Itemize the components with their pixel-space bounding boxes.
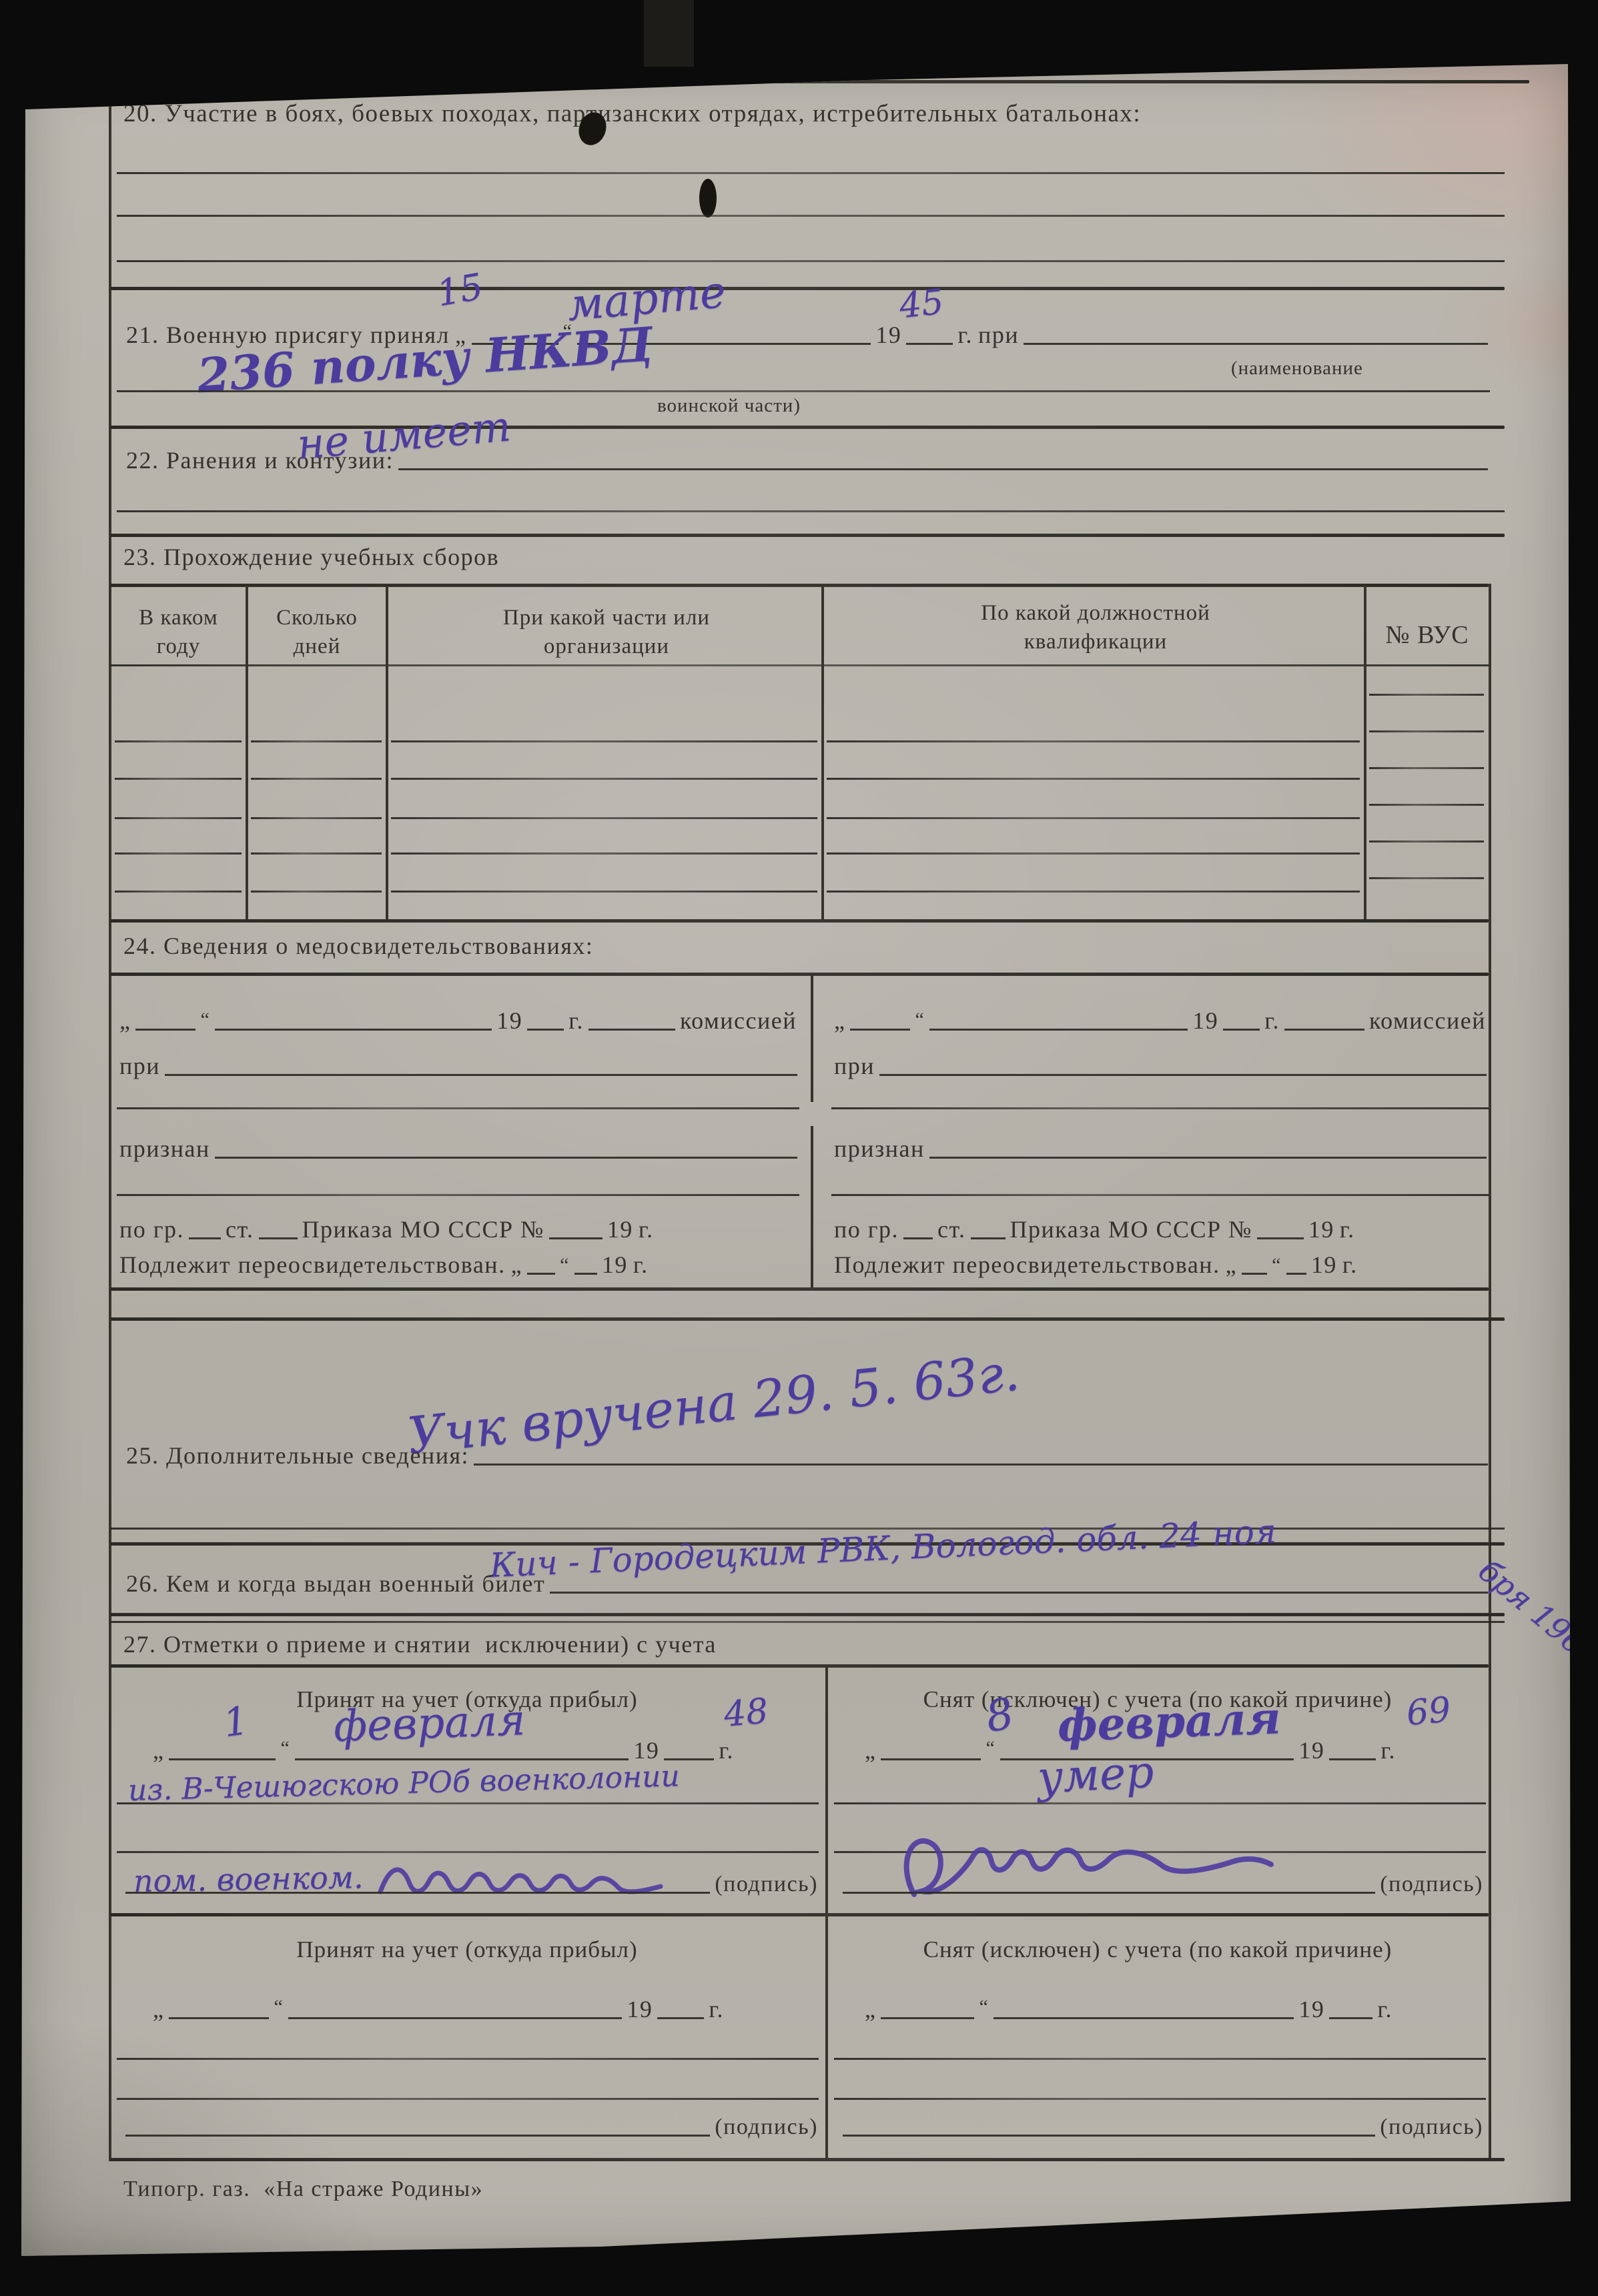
med-pri-line: при: [117, 1046, 799, 1079]
col-header-year: В каком году: [113, 604, 244, 661]
ruled-line: [117, 1802, 819, 1804]
blank: [903, 1231, 933, 1239]
accepted-sign-line: (подпись): [123, 2108, 821, 2140]
blank: [1257, 1231, 1304, 1239]
section-separator: [110, 1317, 1505, 1321]
blank-month: [295, 1752, 629, 1760]
blank: [215, 1150, 797, 1159]
issued-by-line: 26. Кем и когда выдан военный билет: [123, 1562, 1490, 1597]
accepted-date-line: „ “ 19 г.: [150, 1988, 821, 2023]
cell-line: [1369, 877, 1484, 879]
scanner-light-streak: [644, 0, 694, 67]
blank: [215, 1022, 492, 1031]
section-20-title: 20. Участие в боях, боевых походах, парт…: [123, 100, 1498, 129]
blank: [135, 1022, 195, 1031]
year-suffix: г.: [716, 1738, 737, 1764]
open-quote: „: [508, 1252, 525, 1278]
cell-line: [391, 891, 817, 893]
open-quote: „: [117, 1008, 133, 1034]
med-priznan-line: признан: [831, 1129, 1489, 1162]
section-separator: [110, 1613, 1505, 1616]
accepted-month-handwritten: февраля: [333, 1699, 526, 1748]
year-suffix: г.: [1340, 1252, 1360, 1278]
year-19: 19: [1190, 1008, 1221, 1034]
oath-day-handwritten: 15: [434, 268, 486, 312]
cell-line: [251, 740, 382, 742]
blank: [550, 1585, 1488, 1594]
cell-line: [115, 852, 242, 854]
med-reexam-line: Подлежит переосвидетельствован. „ “ 19 г…: [117, 1246, 799, 1278]
table-top-rule: [110, 584, 1489, 587]
cell-line: [1369, 840, 1484, 842]
pri-label: при: [975, 322, 1022, 348]
section-27-title: 27. Отметки о приеме и снятии исключении…: [123, 1631, 717, 1658]
cell-line: [827, 778, 1360, 780]
cell-line: [115, 891, 242, 893]
paper-sheet: 20. Участие в боях, боевых походах, парт…: [19, 61, 1573, 2257]
ruled-line: [834, 1802, 1486, 1804]
year-suffix: г.: [631, 1252, 651, 1278]
podlezhit-label: Подлежит переосвидетельствован.: [117, 1252, 508, 1278]
ruled-line: [117, 390, 1490, 392]
priznan-label: признан: [117, 1136, 213, 1162]
podlezhit-label: Подлежит переосвидетельствован.: [831, 1252, 1223, 1278]
oath-year-handwritten: 45: [897, 285, 945, 324]
col-header-days: Сколько дней: [250, 604, 384, 661]
blank: [929, 1022, 1188, 1031]
removed-year-handwritten: 69: [1405, 1692, 1452, 1731]
scanned-military-id-page: 20. Участие в боях, боевых походах, парт…: [0, 0, 1598, 2296]
section-26-lead: 26. Кем и когда выдан военный билет: [123, 1571, 548, 1597]
blank: [474, 1457, 1488, 1466]
year-suffix: г.: [1337, 1217, 1358, 1243]
blank-month: [993, 2011, 1294, 2019]
table-column-divider: [386, 586, 388, 919]
open-quote: „: [862, 1738, 879, 1764]
form-content: 20. Участие в боях, боевых походах, парт…: [0, 0, 1598, 2296]
cell-line: [1369, 767, 1484, 769]
removed-date-line: „ “ 19 г.: [862, 1988, 1486, 2023]
med-reexam-line: Подлежит переосвидетельствован. „ “ 19 г…: [831, 1246, 1489, 1278]
blank: [259, 1231, 298, 1239]
blank-signature: [125, 2128, 710, 2137]
priznan-label: признан: [831, 1136, 927, 1162]
year-19: 19: [873, 322, 904, 348]
med-order-line: по гр. ст. Приказа МО СССР № 19 г.: [117, 1211, 799, 1243]
st-label: ст.: [223, 1217, 257, 1243]
med-pri-line: при: [831, 1046, 1489, 1079]
sign-caption: (подпись): [712, 1872, 821, 1897]
ruled-line: [834, 2098, 1486, 2100]
form-right-border: [1489, 584, 1491, 2161]
removed-month-handwritten: февраля: [1057, 1696, 1282, 1748]
close-quote: “: [912, 1001, 927, 1039]
med-priznan-line: признан: [117, 1129, 799, 1162]
year-19: 19: [605, 1217, 636, 1243]
ruled-line: [834, 2058, 1486, 2060]
ruled-line: [117, 1107, 799, 1109]
ruled-line: [117, 1194, 799, 1196]
blank: [1223, 1022, 1260, 1031]
prikaz-label: Приказа МО СССР №: [1008, 1217, 1255, 1243]
section-separator: [110, 534, 1505, 537]
name-caption: (наименование: [1231, 358, 1363, 380]
blank: [929, 1150, 1487, 1159]
blank: [165, 1067, 797, 1076]
cell-line: [827, 740, 1360, 742]
table-header-rule: [110, 664, 1489, 666]
cell-line: [115, 778, 242, 780]
section-23-title: 23. Прохождение учебных сборов: [123, 544, 499, 571]
accepted-day-handwritten: 1: [221, 1701, 251, 1743]
year-suffix: г.: [1262, 1008, 1282, 1034]
blank: [1286, 1266, 1306, 1275]
blank: [588, 1022, 675, 1031]
blank: [527, 1266, 555, 1275]
ruled-line: [831, 1194, 1489, 1196]
open-quote: „: [862, 1996, 879, 2023]
st-label: ст.: [935, 1217, 969, 1243]
close-quote: “: [278, 1729, 293, 1767]
med-date-line: „ “ 19 г. комиссией: [117, 1001, 799, 1034]
sign-caption: (подпись): [1377, 2115, 1486, 2140]
blank: [1242, 1266, 1267, 1275]
ruled-line: [117, 172, 1505, 174]
blank: [850, 1022, 910, 1031]
cell-line: [1369, 694, 1484, 696]
cell-line: [827, 891, 1360, 893]
year-19: 19: [1306, 1217, 1337, 1243]
cell-line: [391, 740, 817, 742]
blank-year: [1329, 2011, 1372, 2019]
year-suffix: г.: [1374, 1996, 1395, 2023]
col-header-unit: При какой части или организации: [394, 604, 819, 661]
open-quote: „: [150, 1738, 167, 1764]
blank-signature: [843, 2128, 1375, 2137]
close-quote: “: [197, 1001, 213, 1039]
block-center-divider: [811, 975, 813, 1102]
ruled-line: [110, 1621, 1505, 1623]
blank-day: [169, 2011, 269, 2019]
accepted-from-handwritten: из. В-Чешюгскою РОб военколонии: [128, 1762, 681, 1806]
blank-signature: [843, 1885, 1375, 1894]
table-bottom-rule: [110, 2158, 1505, 2161]
cell-line: [251, 817, 382, 819]
ruled-line: [117, 2098, 819, 2100]
blank-unit: [1024, 336, 1488, 345]
cell-line: [1369, 804, 1484, 806]
printing-house-imprint: Типогр. газ. «На страже Родины»: [123, 2176, 483, 2202]
blank-day: [881, 1752, 981, 1760]
year-19: 19: [1296, 1738, 1327, 1764]
table-center-divider: [825, 1666, 828, 2158]
cell-line: [391, 852, 817, 854]
year-19: 19: [599, 1252, 631, 1278]
block-top-rule: [110, 973, 1489, 976]
ruled-line: [117, 260, 1505, 262]
accepted-header: Принят на учет (откуда прибыл): [153, 1934, 781, 1965]
pri-label: при: [117, 1053, 163, 1079]
table-column-divider: [821, 586, 824, 919]
med-order-line: по гр. ст. Приказа МО СССР № 19 г.: [831, 1211, 1489, 1243]
blank-signature: [125, 1885, 710, 1894]
block-center-divider: [811, 1126, 813, 1287]
blank-year: [906, 336, 953, 345]
cell-line: [391, 778, 817, 780]
cell-line: [391, 817, 817, 819]
pri-label: при: [831, 1053, 877, 1079]
open-quote: „: [150, 1996, 167, 2023]
blank-month: [288, 2011, 622, 2019]
cell-line: [251, 891, 382, 893]
blank: [549, 1231, 603, 1239]
cell-line: [251, 852, 382, 854]
open-quote: „: [831, 1008, 848, 1034]
sign-caption: (подпись): [1377, 1872, 1486, 1897]
prikaz-label: Приказа МО СССР №: [300, 1217, 547, 1243]
block-bottom-rule: [110, 1287, 1489, 1291]
blank: [574, 1266, 597, 1275]
blank-day: [881, 2011, 974, 2019]
sign-caption: (подпись): [712, 2115, 821, 2140]
removal-reason-handwritten: умер: [1036, 1750, 1155, 1800]
table-bottom-rule: [110, 919, 1489, 923]
table-column-divider: [1364, 586, 1366, 919]
year-19: 19: [1308, 1252, 1340, 1278]
close-quote: “: [976, 1988, 991, 2026]
ruled-line: [117, 215, 1505, 217]
year-19: 19: [624, 1996, 655, 2023]
ruled-line: [831, 1107, 1489, 1109]
blank: [527, 1022, 564, 1031]
blank: [1284, 1022, 1364, 1031]
removed-header: Снят (исключен) с учета (по какой причин…: [837, 1934, 1478, 1965]
close-quote: “: [271, 1988, 286, 2026]
table-top-rule: [110, 1664, 1489, 1668]
accepted-year-handwritten: 48: [723, 1694, 769, 1732]
year-suffix: г.: [636, 1217, 657, 1243]
section-25-lead: 25. Дополнительные сведения:: [123, 1443, 472, 1469]
open-quote: „: [1223, 1252, 1240, 1278]
blank-year: [1329, 1752, 1376, 1760]
cell-line: [115, 740, 242, 742]
blank: [879, 1067, 1487, 1076]
year-suffix: г.: [566, 1008, 586, 1034]
removed-sign-line: (подпись): [841, 1865, 1486, 1897]
section-24-title: 24. Сведения о медосвидетельствованиях:: [123, 933, 593, 960]
col-header-vus: № ВУС: [1368, 619, 1487, 652]
blank-wounds: [398, 462, 1488, 470]
year-19: 19: [494, 1008, 525, 1034]
year-19: 19: [1296, 1996, 1327, 2023]
year-suffix: г.: [1378, 1738, 1399, 1764]
removed-sign-line: (подпись): [841, 2108, 1486, 2140]
accepted-sign-line: (подпись): [123, 1865, 821, 1897]
cell-line: [251, 778, 382, 780]
cell-line: [827, 817, 1360, 819]
form-top-rule: [110, 80, 1529, 83]
ink-blot: [699, 179, 717, 217]
commission-label: комиссией: [1366, 1008, 1489, 1034]
year-suffix: г.: [706, 1996, 727, 2023]
form-left-border: [109, 80, 111, 2161]
close-quote: “: [1269, 1246, 1284, 1284]
col-header-qualification: По какой должностной квалификации: [829, 599, 1362, 656]
cell-line: [1369, 730, 1484, 732]
additional-info-line: 25. Дополнительные сведения:: [123, 1436, 1490, 1469]
close-quote: “: [557, 1246, 572, 1284]
blank: [971, 1231, 1006, 1239]
ruled-line: [110, 1528, 1505, 1530]
blank: [189, 1231, 221, 1239]
ruled-line: [117, 510, 1505, 512]
ruled-line: [117, 2058, 819, 2060]
po-gr-label: по гр.: [831, 1217, 901, 1243]
blank-year: [657, 2011, 704, 2019]
cell-line: [827, 852, 1360, 854]
po-gr-label: по гр.: [117, 1217, 187, 1243]
unit-caption: воинской части): [657, 395, 801, 417]
cell-line: [115, 817, 242, 819]
row-divider-rule: [110, 1913, 1489, 1916]
commission-label: комиссией: [677, 1008, 799, 1034]
section-separator: [110, 287, 1505, 290]
table-column-divider: [246, 586, 248, 919]
blank-day: [169, 1752, 276, 1760]
year-suffix: г.: [955, 322, 975, 348]
med-date-line: „ “ 19 г. комиссией: [831, 1001, 1489, 1034]
